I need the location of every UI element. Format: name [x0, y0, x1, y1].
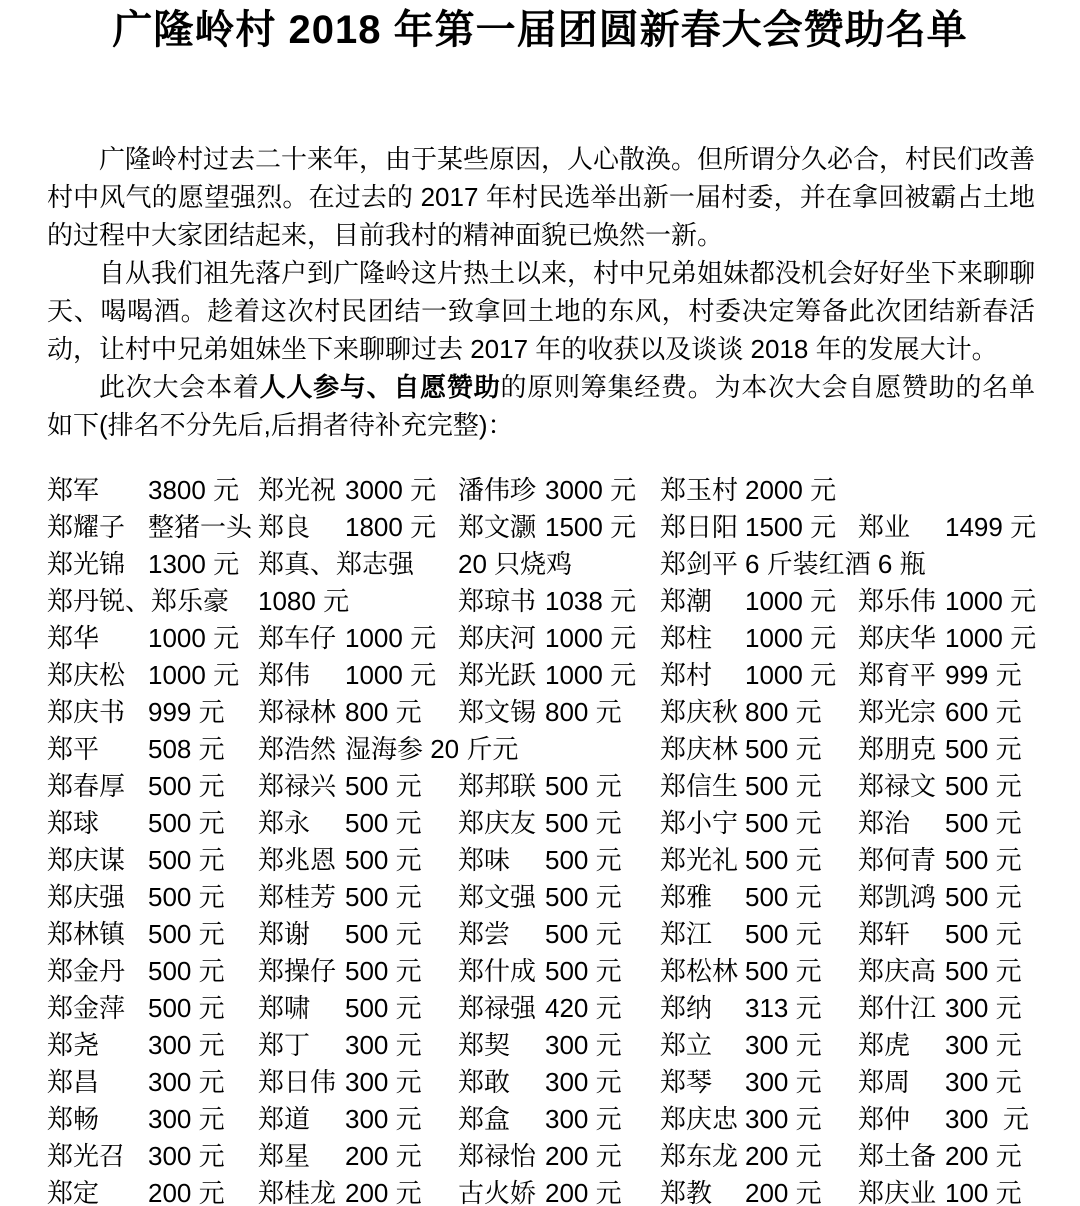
donor-name: 郑柱: [660, 620, 745, 657]
donor-amount: 300 元: [545, 1064, 660, 1101]
donor-amount: 300 元: [745, 1027, 858, 1064]
donor-name: 郑契: [458, 1027, 545, 1064]
donor-name: 郑琼书: [458, 583, 545, 620]
intro-text: 广隆岭村过去二十来年，由于某些原因，人心散涣。但所谓分久必合，村民们改善村中风气…: [47, 140, 1035, 444]
table-row: 郑球500 元郑永500 元郑庆友500 元郑小宁500 元郑治500 元: [47, 805, 1035, 842]
donor-name: 郑林镇: [47, 916, 148, 953]
donor-name: 郑球: [47, 805, 148, 842]
donor-name: 郑光礼: [660, 842, 745, 879]
donor-name: 郑桂龙: [258, 1175, 345, 1206]
donor-amount: 500 元: [545, 916, 660, 953]
donor-name: 郑周: [858, 1064, 945, 1101]
donor-amount: 500 元: [148, 990, 258, 1027]
donor-name: 郑庆业: [858, 1175, 945, 1206]
donor-name: 郑春厚: [47, 768, 148, 805]
donor-name: 郑仲: [858, 1101, 945, 1138]
donor-name: 郑尧: [47, 1027, 148, 1064]
donor-name: 郑庆高: [858, 953, 945, 990]
donor-amount: 1038 元: [545, 583, 660, 620]
donor-name: 郑兆恩: [258, 842, 345, 879]
table-row: 郑昌300 元郑日伟300 元郑敢300 元郑琴300 元郑周300 元: [47, 1064, 1035, 1101]
donor-name: 郑庆强: [47, 879, 148, 916]
donor-name: 郑江: [660, 916, 745, 953]
donor-amount: 500 元: [545, 768, 660, 805]
document-page: 广隆岭村 2018 年第一届团圆新春大会赞助名单 广隆岭村过去二十来年，由于某些…: [0, 0, 1080, 1206]
donor-name: 郑耀子: [47, 509, 148, 546]
donor-name: 郑谢: [258, 916, 345, 953]
donor-name: 郑丁: [258, 1027, 345, 1064]
donor-name: 郑禄兴: [258, 768, 345, 805]
donor-amount: 湿海参 20 斤元: [345, 731, 660, 768]
paragraph-3-bold-phrase: 人人参与、自愿赞助: [260, 372, 501, 402]
donor-name: 郑星: [258, 1138, 345, 1175]
donor-amount: 500 元: [745, 731, 858, 768]
donor-name: 郑什江: [858, 990, 945, 1027]
donor-amount: 3000 元: [545, 472, 660, 509]
donor-name: 郑日伟: [258, 1064, 345, 1101]
donor-amount: 500 元: [148, 879, 258, 916]
donor-name: 郑日阳: [660, 509, 745, 546]
page-title: 广隆岭村 2018 年第一届团圆新春大会赞助名单: [0, 0, 1080, 54]
donor-amount: 500 元: [345, 879, 458, 916]
donor-name: 郑乐伟: [858, 583, 945, 620]
table-row: 郑光召300 元郑星200 元郑禄怡200 元郑东龙200 元郑土备200 元: [47, 1138, 1035, 1175]
donor-amount: 500 元: [945, 768, 1035, 805]
donor-name: 郑庆谋: [47, 842, 148, 879]
donor-amount: 300 元: [945, 1064, 1035, 1101]
table-row: 郑平508 元郑浩然湿海参 20 斤元郑庆林500 元郑朋克500 元: [47, 731, 1035, 768]
donor-amount: 500 元: [945, 805, 1035, 842]
donor-name: 郑光锦: [47, 546, 148, 583]
donor-name: 郑啸: [258, 990, 345, 1027]
donor-amount: 整猪一头: [148, 509, 258, 546]
donor-amount: 1000 元: [745, 620, 858, 657]
donor-amount: 800 元: [545, 694, 660, 731]
donor-amount: 500 元: [345, 953, 458, 990]
donor-name: 郑育平: [858, 657, 945, 694]
donor-amount: 500 元: [148, 805, 258, 842]
donor-amount: 500 元: [345, 990, 458, 1027]
donor-name: 郑土备: [858, 1138, 945, 1175]
donor-amount: 200 元: [945, 1138, 1035, 1175]
donor-name: 郑何青: [858, 842, 945, 879]
donor-name: 郑小宁: [660, 805, 745, 842]
donor-amount: 508 元: [148, 731, 258, 768]
table-row: 郑庆松1000 元郑伟1000 元郑光跃1000 元郑村1000 元郑育平999…: [47, 657, 1035, 694]
donor-name: 郑味: [458, 842, 545, 879]
donor-amount: 6 斤装红酒 6 瓶: [745, 546, 1035, 583]
donor-name: 郑信生: [660, 768, 745, 805]
donor-name: 郑操仔: [258, 953, 345, 990]
donor-amount: 300 元: [345, 1027, 458, 1064]
donor-amount: 500 元: [345, 842, 458, 879]
donor-amount: 1000 元: [345, 657, 458, 694]
donor-amount: 500 元: [545, 842, 660, 879]
donor-amount: 300 元: [148, 1027, 258, 1064]
donor-name: 郑光祝: [258, 472, 345, 509]
table-row: 郑庆强500 元郑桂芳500 元郑文强500 元郑雅500 元郑凯鸿500 元: [47, 879, 1035, 916]
donor-amount: 313 元: [745, 990, 858, 1027]
donor-name: 郑文锡: [458, 694, 545, 731]
table-row: 郑丹锐、郑乐豪1080 元郑琼书1038 元郑潮1000 元郑乐伟1000 元: [47, 583, 1035, 620]
donor-amount: 500 元: [745, 805, 858, 842]
donor-amount: 500 元: [945, 842, 1035, 879]
donor-name: 郑文灏: [458, 509, 545, 546]
donor-name: 郑昌: [47, 1064, 148, 1101]
donor-amount: 1000 元: [745, 657, 858, 694]
donor-name: 潘伟珍: [458, 472, 545, 509]
donor-name: 郑庆秋: [660, 694, 745, 731]
donor-name: 郑畅: [47, 1101, 148, 1138]
donor-amount: 1000 元: [745, 583, 858, 620]
donor-amount: 500 元: [545, 805, 660, 842]
donor-amount: 1000 元: [148, 620, 258, 657]
table-row: 郑耀子整猪一头郑良1800 元郑文灏1500 元郑日阳1500 元郑业1499 …: [47, 509, 1035, 546]
donor-name: 郑教: [660, 1175, 745, 1206]
donor-amount: 1000 元: [945, 583, 1036, 620]
table-row: 郑军3800 元郑光祝3000 元潘伟珍3000 元郑玉村2000 元: [47, 472, 1035, 509]
donor-amount: 500 元: [945, 916, 1035, 953]
donor-amount: 200 元: [745, 1138, 858, 1175]
donor-amount: 300 元: [545, 1027, 660, 1064]
table-row: 郑春厚500 元郑禄兴500 元郑邦联500 元郑信生500 元郑禄文500 元: [47, 768, 1035, 805]
donor-name: 郑光召: [47, 1138, 148, 1175]
donor-amount: 500 元: [745, 953, 858, 990]
table-row: 郑金丹500 元郑操仔500 元郑什成500 元郑松林500 元郑庆高500 元: [47, 953, 1035, 990]
donor-name: 郑盒: [458, 1101, 545, 1138]
donor-amount: 500 元: [345, 916, 458, 953]
donor-name: 郑邦联: [458, 768, 545, 805]
donor-amount: 800 元: [345, 694, 458, 731]
donor-name: 郑立: [660, 1027, 745, 1064]
paragraph-3: 此次大会本着人人参与、自愿赞助的原则筹集经费。为本次大会自愿赞助的名单如下(排名…: [47, 368, 1035, 444]
donor-amount: 500 元: [745, 842, 858, 879]
donor-name: 郑真、郑志强: [258, 546, 458, 583]
donor-name: 郑剑平: [660, 546, 745, 583]
donor-name: 郑庆书: [47, 694, 148, 731]
donor-amount: 500 元: [148, 953, 258, 990]
donor-amount: 1500 元: [545, 509, 660, 546]
donor-name: 郑轩: [858, 916, 945, 953]
table-row: 郑庆谋500 元郑兆恩500 元郑味500 元郑光礼500 元郑何青500 元: [47, 842, 1035, 879]
donor-amount: 100 元: [945, 1175, 1035, 1206]
donor-table: 郑军3800 元郑光祝3000 元潘伟珍3000 元郑玉村2000 元郑耀子整猪…: [47, 472, 1035, 1206]
table-row: 郑尧300 元郑丁300 元郑契300 元郑立300 元郑虎300 元: [47, 1027, 1035, 1064]
donor-amount: 2000 元: [745, 472, 858, 509]
donor-name: 郑村: [660, 657, 745, 694]
paragraph-3-before: 此次大会本着: [99, 372, 260, 402]
donor-amount: 420 元: [545, 990, 660, 1027]
donor-name: 1080 元: [258, 583, 458, 620]
donor-amount: 300 元: [148, 1101, 258, 1138]
donor-amount: 300 元: [148, 1064, 258, 1101]
donor-amount: 1499 元: [945, 509, 1036, 546]
donor-name: 郑文强: [458, 879, 545, 916]
donor-amount: 200 元: [345, 1175, 458, 1206]
donor-name: 郑什成: [458, 953, 545, 990]
donor-name: 郑敢: [458, 1064, 545, 1101]
donor-name: 郑琴: [660, 1064, 745, 1101]
donor-name: 郑军: [47, 472, 148, 509]
donor-amount: 800 元: [745, 694, 858, 731]
table-row: 郑畅300 元郑道300 元郑盒300 元郑庆忠300 元郑仲300 元: [47, 1101, 1035, 1138]
donor-name: 郑朋克: [858, 731, 945, 768]
donor-name: 郑禄林: [258, 694, 345, 731]
table-row: 郑林镇500 元郑谢500 元郑尝500 元郑江500 元郑轩500 元: [47, 916, 1035, 953]
donor-name: 郑雅: [660, 879, 745, 916]
donor-name: 郑平: [47, 731, 148, 768]
donor-name: 郑禄文: [858, 768, 945, 805]
donor-amount: 300 元: [345, 1101, 458, 1138]
donor-amount: 1000 元: [545, 620, 660, 657]
donor-name: 郑定: [47, 1175, 148, 1206]
donor-name: 郑桂芳: [258, 879, 345, 916]
donor-amount: 200 元: [545, 1175, 660, 1206]
donor-amount: 500 元: [745, 916, 858, 953]
donor-amount: 300 元: [545, 1101, 660, 1138]
donor-name: 郑庆华: [858, 620, 945, 657]
donor-name: 郑庆友: [458, 805, 545, 842]
donor-amount: 200 元: [545, 1138, 660, 1175]
donor-name: 郑禄怡: [458, 1138, 545, 1175]
donor-name: 郑伟: [258, 657, 345, 694]
donor-amount: 1500 元: [745, 509, 858, 546]
donor-amount: 200 元: [745, 1175, 858, 1206]
table-row: 郑庆书999 元郑禄林800 元郑文锡800 元郑庆秋800 元郑光宗600 元: [47, 694, 1035, 731]
donor-amount: 1000 元: [148, 657, 258, 694]
donor-name: 郑凯鸿: [858, 879, 945, 916]
donor-name: 郑纳: [660, 990, 745, 1027]
donor-amount: 1000 元: [345, 620, 458, 657]
donor-amount: 3000 元: [345, 472, 458, 509]
donor-name: 郑庆松: [47, 657, 148, 694]
donor-amount: 600 元: [945, 694, 1035, 731]
donor-name: 郑东龙: [660, 1138, 745, 1175]
donor-name: 郑潮: [660, 583, 745, 620]
donor-name: 郑良: [258, 509, 345, 546]
donor-name: 郑丹锐、郑乐豪: [47, 583, 258, 620]
donor-amount: 500 元: [545, 953, 660, 990]
donor-name: 郑虎: [858, 1027, 945, 1064]
donor-name: 郑光宗: [858, 694, 945, 731]
paragraph-1: 广隆岭村过去二十来年，由于某些原因，人心散涣。但所谓分久必合，村民们改善村中风气…: [47, 140, 1035, 254]
donor-amount: 300 元: [945, 1101, 1035, 1138]
donor-amount: 500 元: [148, 916, 258, 953]
donor-amount: 3800 元: [148, 472, 258, 509]
donor-amount: 300 元: [148, 1138, 258, 1175]
donor-name: 郑道: [258, 1101, 345, 1138]
donor-name: 郑业: [858, 509, 945, 546]
donor-name: 郑金萍: [47, 990, 148, 1027]
donor-name: 郑车仔: [258, 620, 345, 657]
table-row: 郑金萍500 元郑啸500 元郑禄强420 元郑纳313 元郑什江300 元: [47, 990, 1035, 1027]
donor-name: 郑尝: [458, 916, 545, 953]
donor-amount: 500 元: [945, 731, 1035, 768]
table-row: 郑华1000 元郑车仔1000 元郑庆河1000 元郑柱1000 元郑庆华100…: [47, 620, 1035, 657]
donor-name: 郑治: [858, 805, 945, 842]
donor-name: 郑松林: [660, 953, 745, 990]
donor-amount: 300 元: [945, 1027, 1035, 1064]
donor-amount: 999 元: [945, 657, 1035, 694]
donor-amount: 300 元: [945, 990, 1035, 1027]
donor-amount: 1000 元: [545, 657, 660, 694]
donor-name: 郑庆河: [458, 620, 545, 657]
donor-name: 郑庆忠: [660, 1101, 745, 1138]
donor-name: 郑禄强: [458, 990, 545, 1027]
donor-amount: 300 元: [745, 1064, 858, 1101]
donor-amount: 500 元: [148, 768, 258, 805]
table-row: 郑定200 元郑桂龙200 元古火娇200 元郑教200 元郑庆业100 元: [47, 1175, 1035, 1206]
donor-amount: 1000 元: [945, 620, 1036, 657]
donor-amount: 500 元: [545, 879, 660, 916]
donor-amount: 500 元: [945, 879, 1035, 916]
donor-name: 20 只烧鸡: [458, 546, 660, 583]
donor-amount: 1800 元: [345, 509, 458, 546]
table-row: 郑光锦1300 元郑真、郑志强20 只烧鸡郑剑平6 斤装红酒 6 瓶: [47, 546, 1035, 583]
donor-name: 郑庆林: [660, 731, 745, 768]
donor-amount: 500 元: [148, 842, 258, 879]
donor-name: 郑华: [47, 620, 148, 657]
donor-amount: 200 元: [345, 1138, 458, 1175]
donor-amount: 500 元: [345, 805, 458, 842]
donor-amount: 500 元: [745, 879, 858, 916]
donor-name: 古火娇: [458, 1175, 545, 1206]
donor-name: 郑金丹: [47, 953, 148, 990]
donor-amount: 300 元: [745, 1101, 858, 1138]
donor-name: 郑永: [258, 805, 345, 842]
donor-amount: 1300 元: [148, 546, 258, 583]
donor-name: 郑光跃: [458, 657, 545, 694]
donor-name: 郑玉村: [660, 472, 745, 509]
donor-amount: 999 元: [148, 694, 258, 731]
paragraph-2: 自从我们祖先落户到广隆岭这片热土以来，村中兄弟姐妹都没机会好好坐下来聊聊天、喝喝…: [47, 254, 1035, 368]
donor-amount: 500 元: [745, 768, 858, 805]
donor-amount: 200 元: [148, 1175, 258, 1206]
donor-amount: 500 元: [945, 953, 1035, 990]
donor-name: 郑浩然: [258, 731, 345, 768]
donor-amount: 500 元: [345, 768, 458, 805]
donor-amount: 300 元: [345, 1064, 458, 1101]
